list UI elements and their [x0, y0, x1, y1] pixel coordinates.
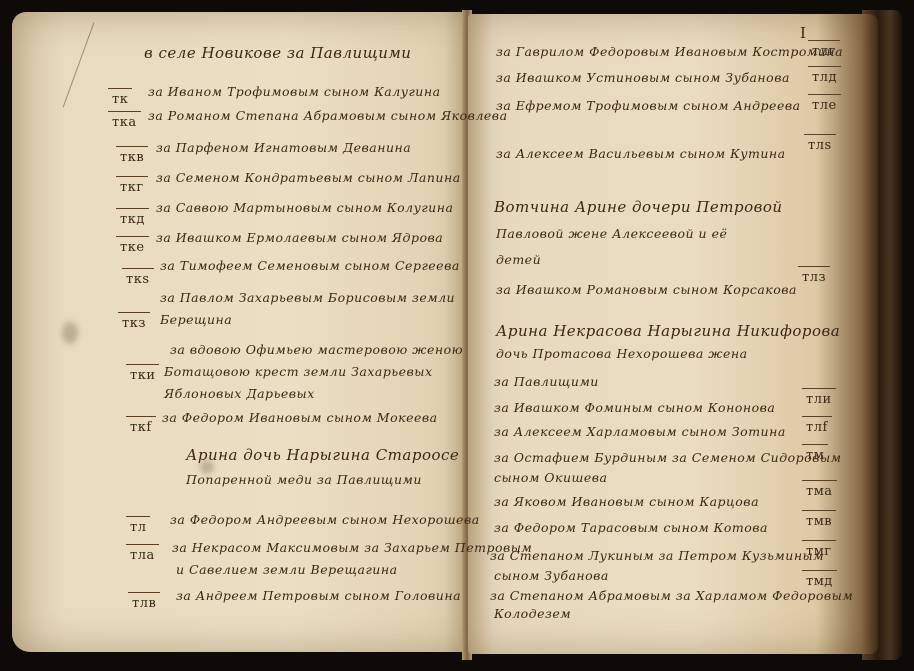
section-heading: детей — [496, 252, 541, 267]
entry-number: ткs — [126, 272, 150, 287]
entry-text: за Ивашком Устиновым сыном Зубанова — [496, 70, 790, 85]
entry-text: за Степаном Абрамовым за Харламом Федоро… — [490, 588, 853, 603]
entry-number: ткf — [130, 420, 152, 435]
entry-text-continued: сыном Окишева — [494, 470, 608, 485]
entry-text: за Федором Тарасовым сыном Котова — [494, 520, 768, 535]
folio-mark: I — [800, 24, 806, 42]
entry-text: за Некрасом Максимовым за Захарьем Петро… — [172, 540, 532, 555]
section-heading: Арина Некрасова Нарыгина Никифорова — [496, 322, 840, 340]
entry-number: ткг — [120, 180, 144, 195]
section-heading: Вотчина Арине дочери Петровой — [494, 198, 783, 216]
section-heading: Арина дочь Нарыгина Староосе — [186, 446, 459, 464]
entry-number: тлд — [812, 70, 837, 85]
entry-number: тки — [130, 368, 155, 383]
entry-number: тлг — [812, 44, 836, 59]
entry-text: за Ивашком Ермолаевым сыном Ядрова — [156, 230, 443, 245]
manuscript-spread: в селе Новикове за Павлищими тк за Ивано… — [0, 0, 914, 671]
entry-number: тле — [812, 98, 837, 113]
entry-text: за Ивашком Фоминым сыном Кононова — [494, 400, 775, 415]
entry-text-continued: Колодезем — [494, 606, 571, 621]
entry-number: тмв — [806, 514, 832, 529]
entry-number: тли — [806, 392, 832, 407]
entry-text: за Федором Ивановым сыном Мокеева — [162, 410, 438, 425]
entry-text-continued: Яблоновых Дарьевых — [164, 386, 315, 401]
entry-text: за Алексеем Васильевым сыном Кутина — [496, 146, 786, 161]
section-heading: Павловой жене Алексеевой и её — [496, 226, 727, 241]
entry-text: за Остафием Бурдиным за Семеном Сидоровы… — [494, 450, 842, 465]
entry-number: ткз — [122, 316, 146, 331]
entry-text: за Ивашком Романовым сыном Корсакова — [496, 282, 797, 297]
entry-text: за Иваном Трофимовым сыном Калугина — [148, 84, 441, 99]
entry-number: тлв — [132, 596, 156, 611]
entry-number: тлs — [808, 138, 832, 153]
entry-number: тла — [130, 548, 155, 563]
entry-text: за Яковом Ивановым сыном Карцова — [494, 494, 759, 509]
entry-text: за Тимофеем Семеновым сыном Сергеева — [160, 258, 460, 273]
entry-text: за Федором Андреевым сыном Нехорошева — [170, 512, 480, 527]
entry-text-continued: сыном Зубанова — [494, 568, 609, 583]
left-page-title: в селе Новикове за Павлищими — [144, 44, 411, 62]
entry-text: за вдовою Офимьею мастеровою женою — [170, 342, 463, 357]
entry-text: за Алексеем Харламовым сыном Зотина — [494, 424, 786, 439]
entry-text: за Семеном Кондратьевым сыном Лапина — [156, 170, 461, 185]
entry-number: тлf — [806, 420, 828, 435]
entry-text: за Саввою Мартыновым сыном Колугина — [156, 200, 453, 215]
section-heading: Попаренной меди за Павлищими — [186, 472, 422, 487]
entry-text: за Андреем Петровым сыном Головина — [176, 588, 461, 603]
entry-number: тм — [806, 448, 824, 463]
entry-number: ткд — [120, 212, 145, 227]
entry-text-continued: и Савелием земли Верещагина — [176, 562, 398, 577]
entry-number: тка — [112, 115, 137, 130]
entry-number: тлз — [802, 270, 826, 285]
entry-number: тк — [112, 92, 128, 107]
entry-number: ткв — [120, 150, 144, 165]
entry-number: тма — [806, 484, 833, 499]
section-heading: за Павлищими — [494, 374, 599, 389]
entry-number: тке — [120, 240, 145, 255]
entry-text-continued: Берещина — [160, 312, 232, 327]
entry-number: тмд — [806, 574, 833, 589]
entry-number: тл — [130, 520, 146, 535]
entry-text: за Ефремом Трофимовым сыном Андреева — [496, 98, 801, 113]
entry-text: за Гаврилом Федоровым Ивановым Костромин… — [496, 44, 843, 59]
entry-text: за Парфеном Игнатовым Деванина — [156, 140, 411, 155]
entry-text: за Степаном Лукиным за Петром Кузьминым — [490, 548, 824, 563]
entry-number: тмг — [806, 544, 832, 559]
section-heading: дочь Протасова Нехорошева жена — [496, 346, 748, 361]
entry-text: за Павлом Захарьевым Борисовым земли — [160, 290, 455, 305]
entry-text: за Романом Степана Абрамовым сыном Яковл… — [148, 108, 508, 123]
entry-text-continued: Ботащовою крест земли Захарьевых — [164, 364, 433, 379]
